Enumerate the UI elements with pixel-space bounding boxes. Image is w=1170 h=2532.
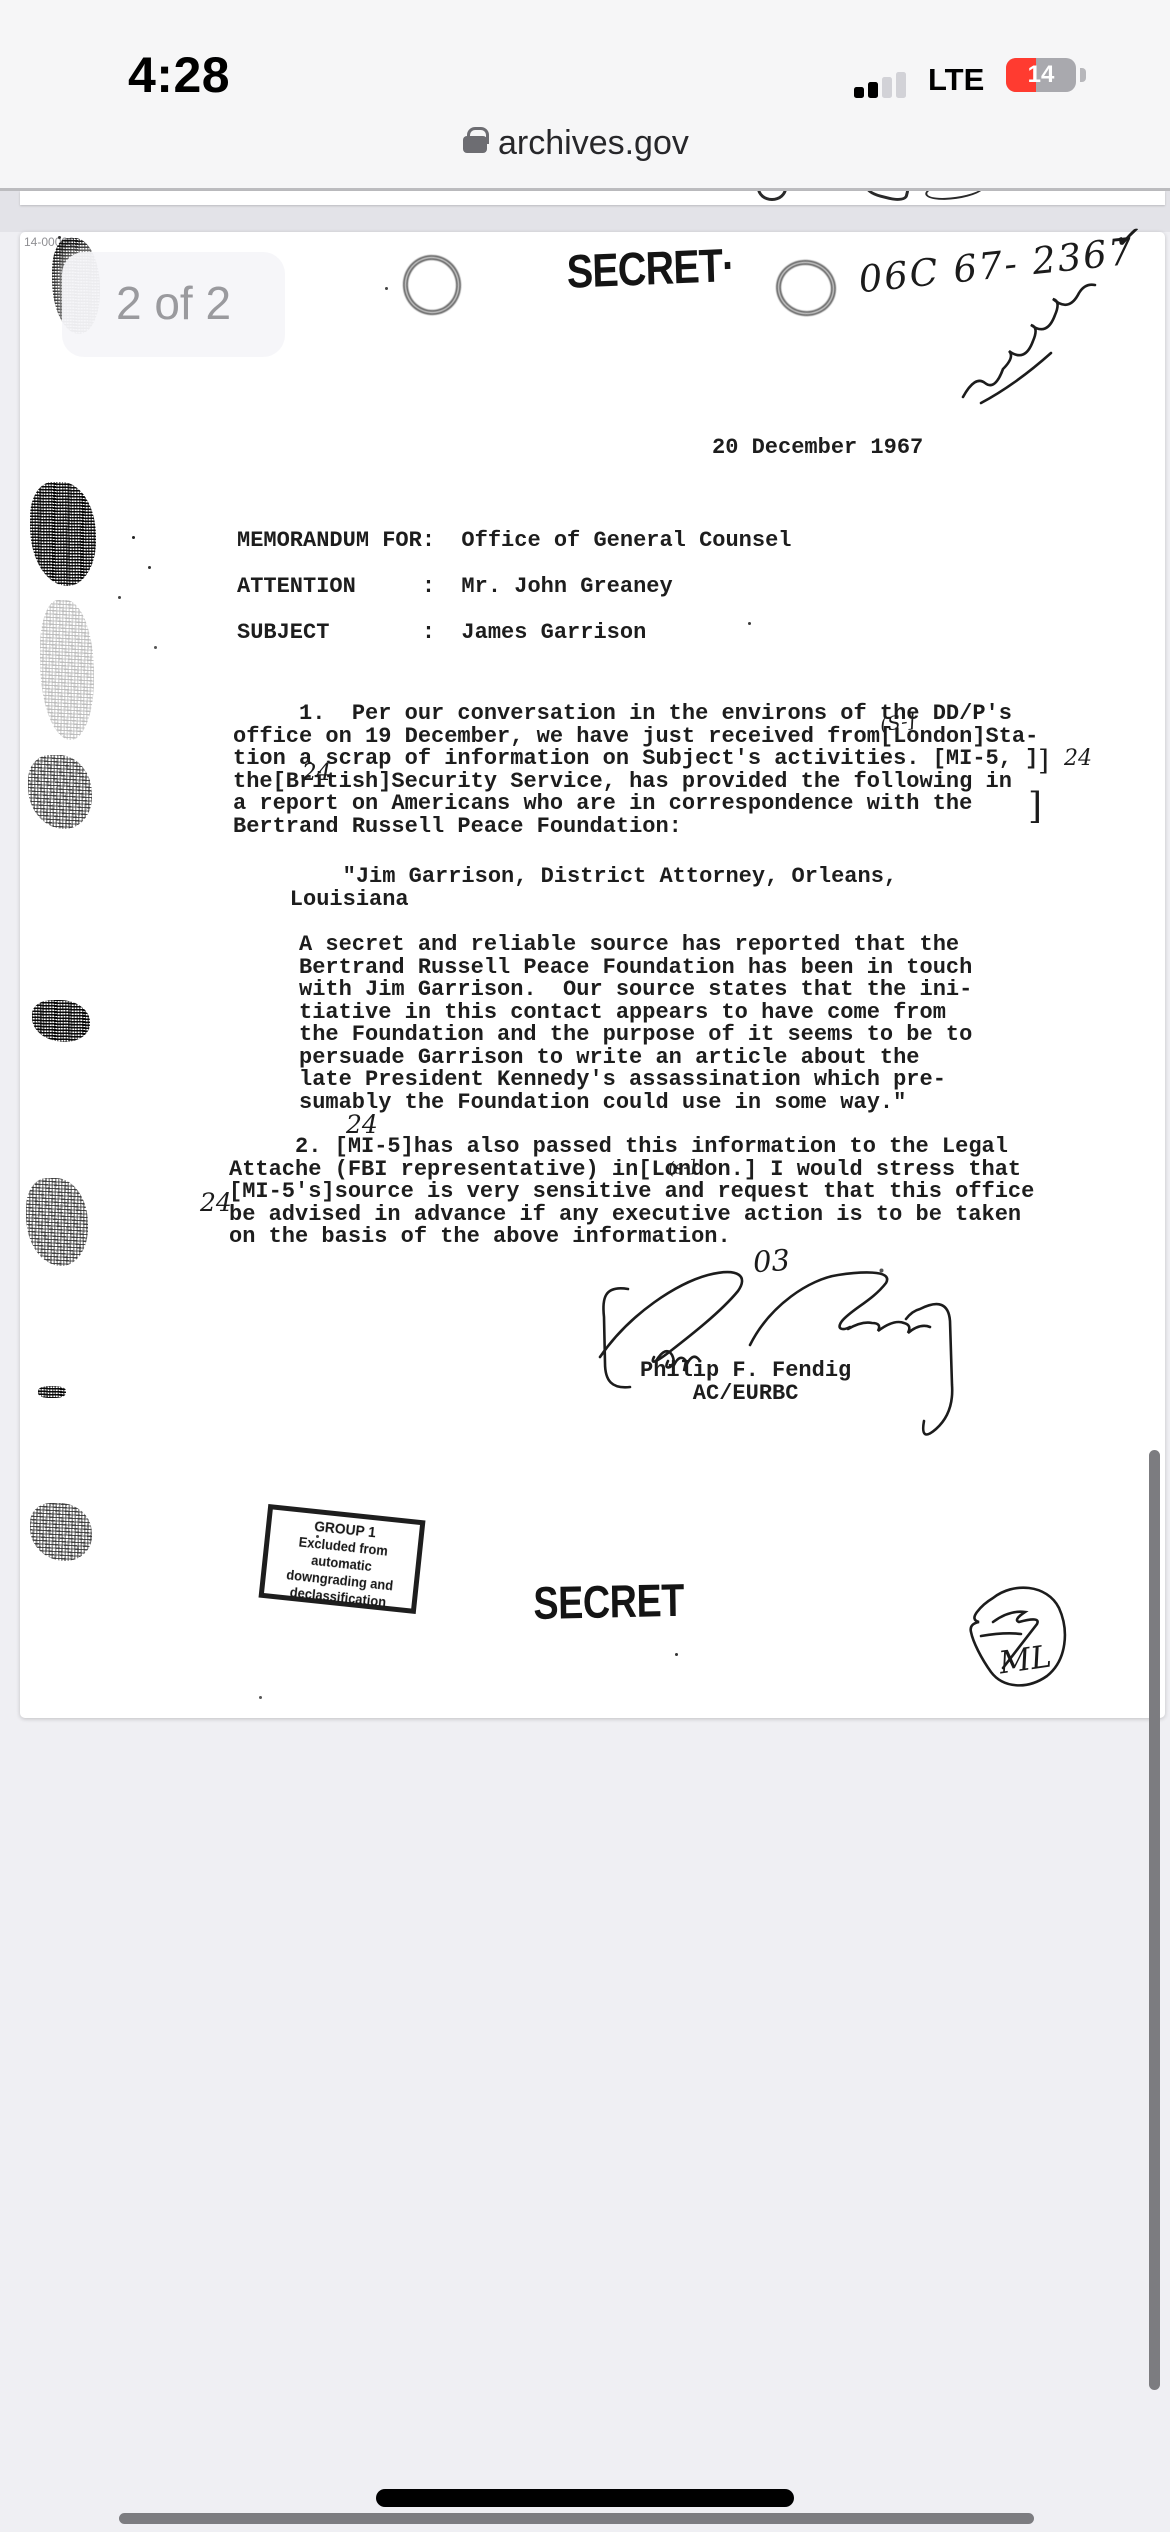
document-page-1-bottom-edge[interactable] bbox=[20, 191, 1165, 205]
group1-classification-stamp: GROUP 1 Excluded from automatic downgrad… bbox=[259, 1504, 426, 1614]
battery-icon: 14 bbox=[1006, 58, 1076, 92]
handwritten-24-mark: 24 bbox=[302, 760, 331, 786]
partial-stamp-fragment bbox=[757, 191, 787, 201]
memo-quote-body: A secret and reliable source has reporte… bbox=[299, 934, 972, 1114]
ml-initials-text: ML bbox=[997, 1639, 1054, 1682]
handwritten-24-mark: 24 bbox=[200, 1188, 232, 1217]
handwritten-bracket: ] bbox=[1028, 786, 1042, 827]
memo-paragraph-2: 2. [MI-5]has also passed this informatio… bbox=[229, 1136, 1034, 1249]
memo-quote-heading: "Jim Garrison, District Attorney, Orlean… bbox=[237, 866, 897, 911]
partial-handwriting-fragment bbox=[863, 191, 911, 204]
signature-typed-name: Philip F. Fendig AC/EURBC bbox=[640, 1360, 851, 1405]
scan-specks bbox=[58, 236, 61, 239]
url-domain: archives.gov bbox=[498, 124, 689, 163]
battery-percent: 14 bbox=[1006, 61, 1076, 89]
vertical-scrollbar[interactable] bbox=[1149, 1450, 1160, 2390]
scan-noise-mark bbox=[38, 1386, 66, 1398]
handwritten-24-mark: 24 bbox=[1064, 746, 1092, 771]
handwritten-classification-note: (s-] bbox=[667, 1157, 697, 1180]
url-bar[interactable]: archives.gov bbox=[0, 126, 1170, 170]
secret-stamp-bottom: SECRET bbox=[533, 1573, 684, 1630]
page-indicator-badge: 2 of 2 bbox=[62, 252, 285, 357]
secret-stamp-top: SECRET· bbox=[566, 237, 735, 299]
home-indicator[interactable] bbox=[376, 2489, 794, 2507]
cellular-signal-icon bbox=[854, 70, 916, 98]
network-type-label: LTE bbox=[928, 62, 984, 98]
handwritten-24-mark: 24 bbox=[346, 1110, 378, 1139]
horizontal-scrollbar[interactable] bbox=[119, 2513, 1034, 2524]
handwritten-bracket: ] bbox=[1038, 744, 1049, 777]
memo-date: 20 December 1967 bbox=[712, 437, 923, 460]
memo-paragraph-1: 1. Per our conversation in the environs … bbox=[233, 703, 1038, 838]
page-indicator-label: 2 of 2 bbox=[62, 276, 285, 330]
handwritten-scrawl bbox=[955, 275, 1145, 415]
partial-handwriting-fragment bbox=[924, 191, 986, 203]
battery-nub bbox=[1080, 68, 1086, 82]
iphone-screen: 4:28 LTE 14 archives.gov 14-00000 2 of 2… bbox=[0, 0, 1170, 2532]
lock-icon bbox=[463, 136, 487, 153]
handwritten-checkmark: ✓ bbox=[1111, 216, 1145, 260]
signature-scrawl bbox=[590, 1265, 970, 1440]
memo-header-lines: MEMORANDUM FOR: Office of General Counse… bbox=[237, 518, 792, 656]
status-time: 4:28 bbox=[128, 46, 230, 104]
